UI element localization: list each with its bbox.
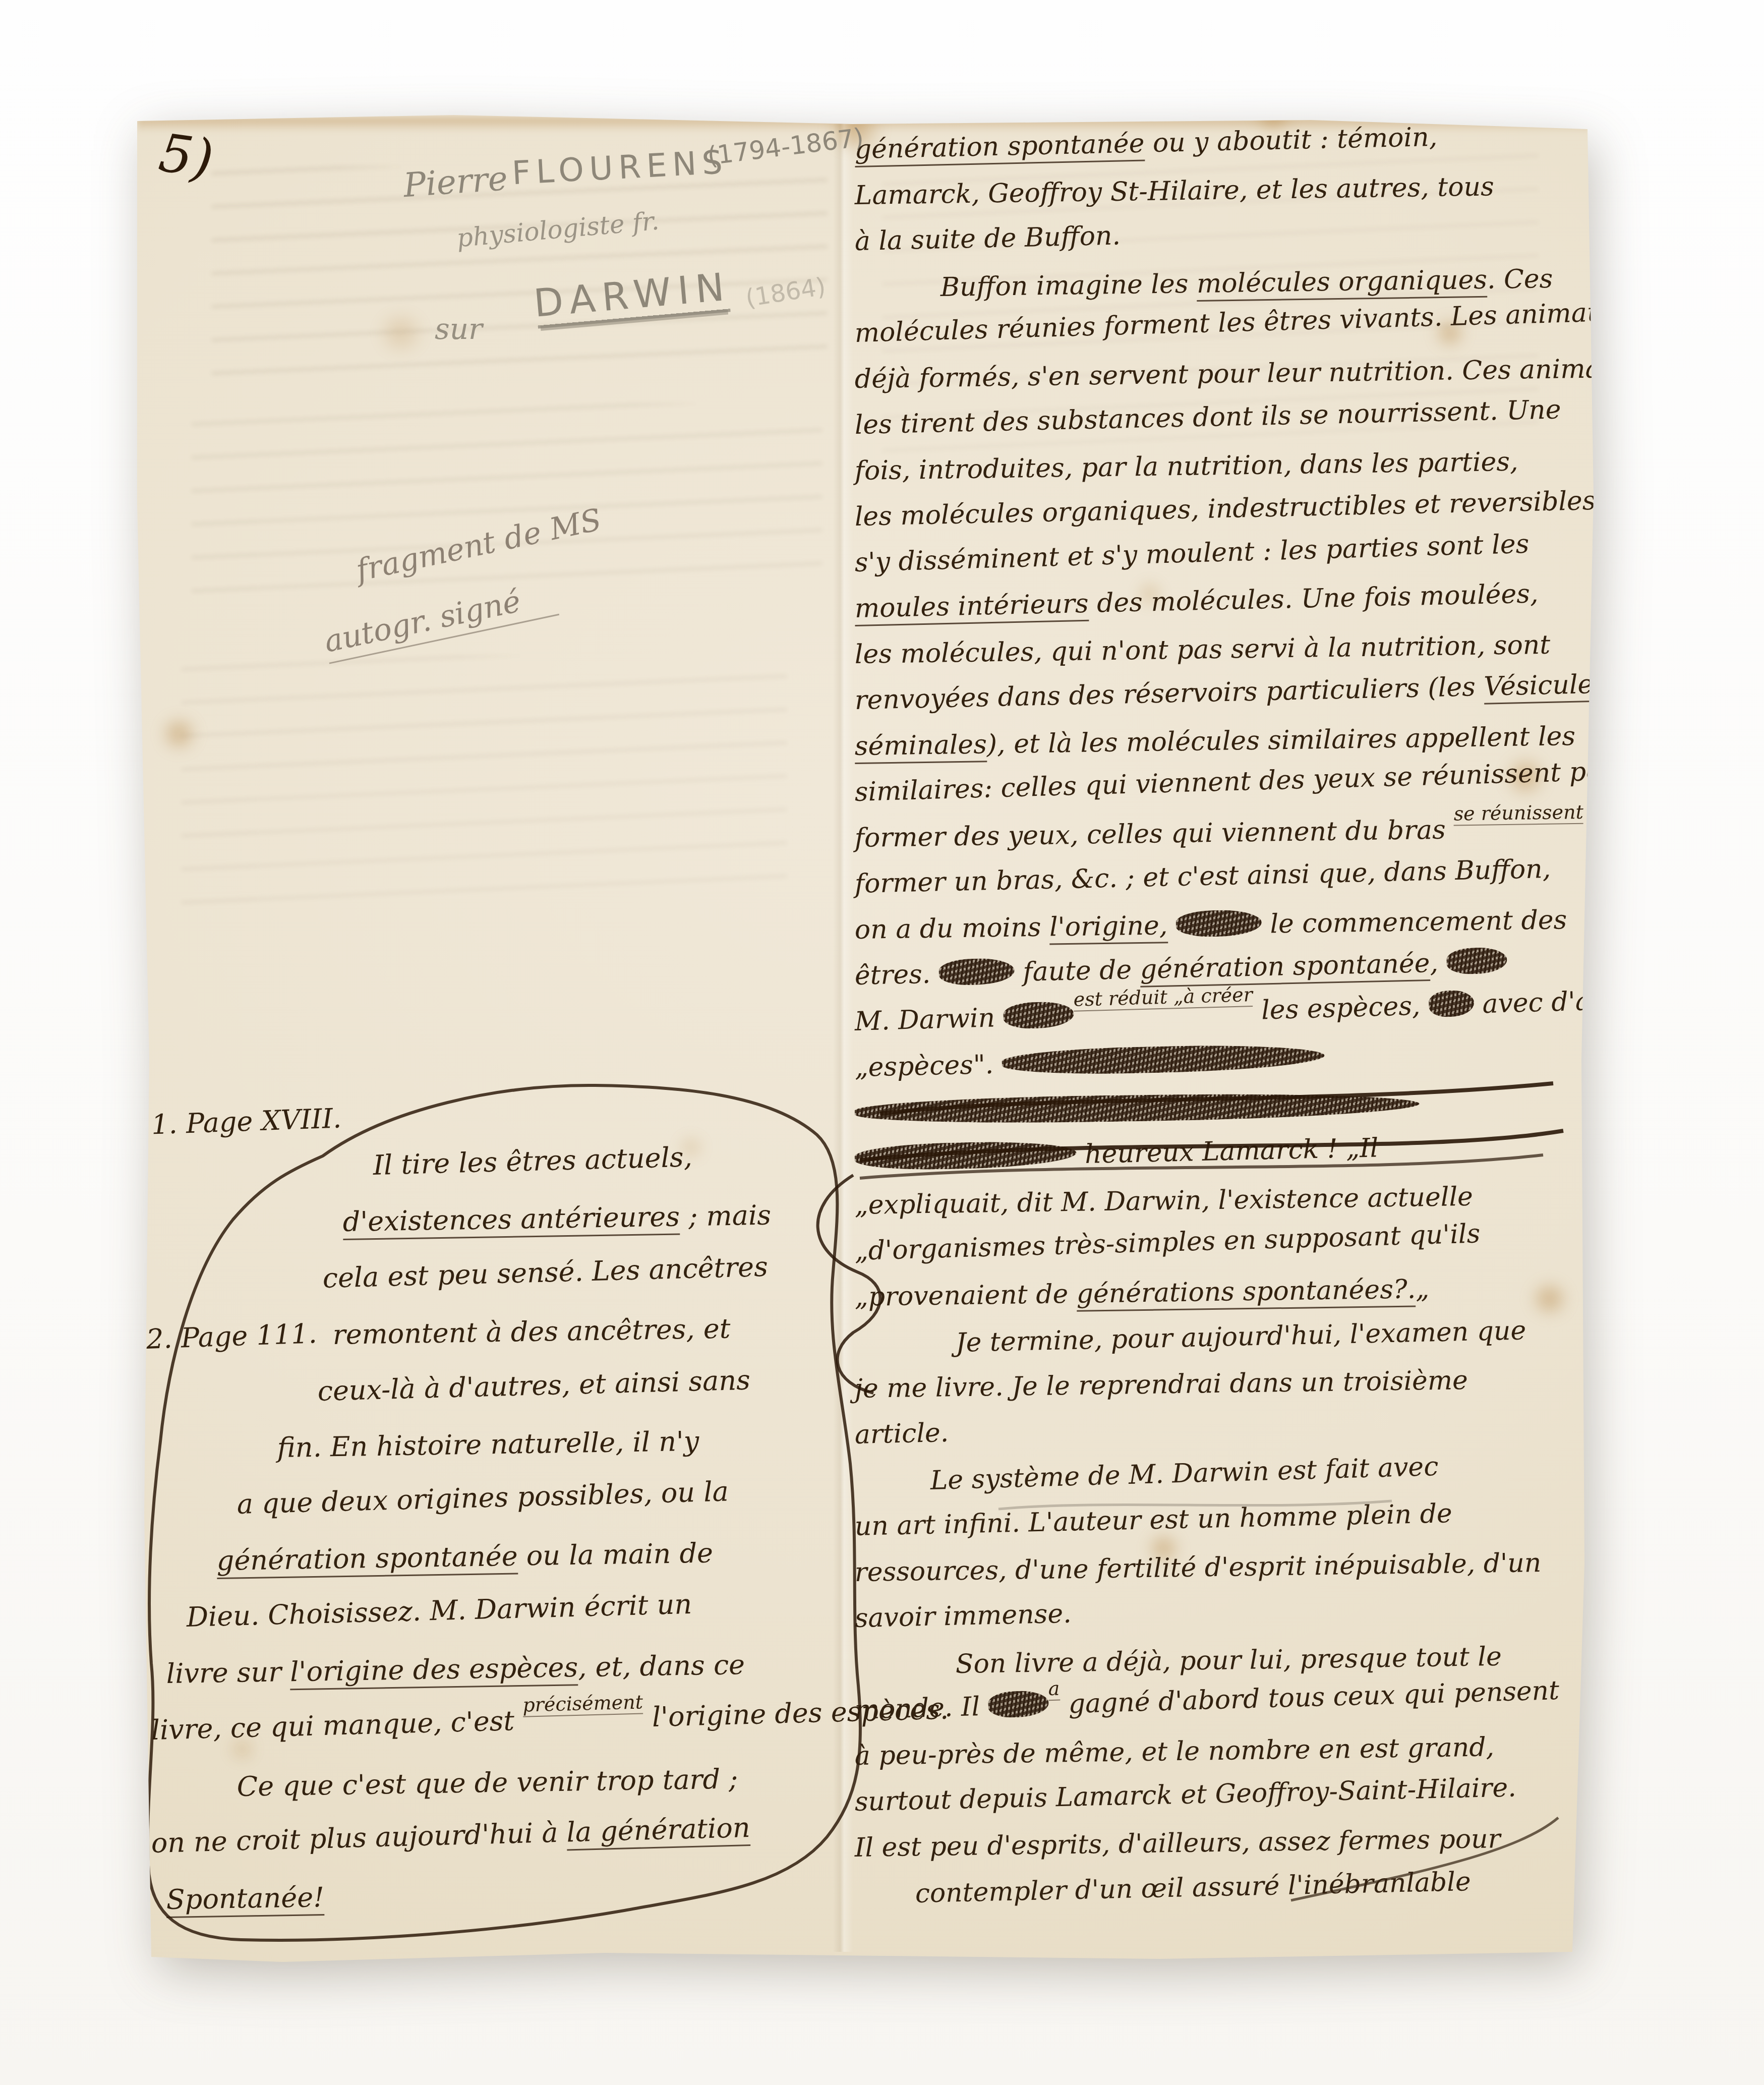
final-line-flourish — [1291, 1818, 1558, 1900]
deletion-wave-1 — [880, 1083, 1553, 1114]
photograph-background: 5) Pierre FLOURENS (1794-1867) physiolog… — [0, 0, 1764, 2085]
encircling-loop-stroke — [148, 1085, 860, 1940]
pencil-underline-darwin-system — [998, 1501, 1392, 1509]
deletion-wave-2 — [860, 1131, 1563, 1160]
deletion-wave-3 — [860, 1155, 1543, 1178]
pencil-scratched-word — [0, 0, 152, 19]
text-segment: pour — [1583, 812, 1654, 843]
ink-flourishes-overlay — [0, 0, 1764, 2085]
margin-brace-swoop — [818, 1175, 880, 1393]
manuscript-page: 5) Pierre FLOURENS (1794-1867) physiolog… — [0, 0, 1764, 2085]
